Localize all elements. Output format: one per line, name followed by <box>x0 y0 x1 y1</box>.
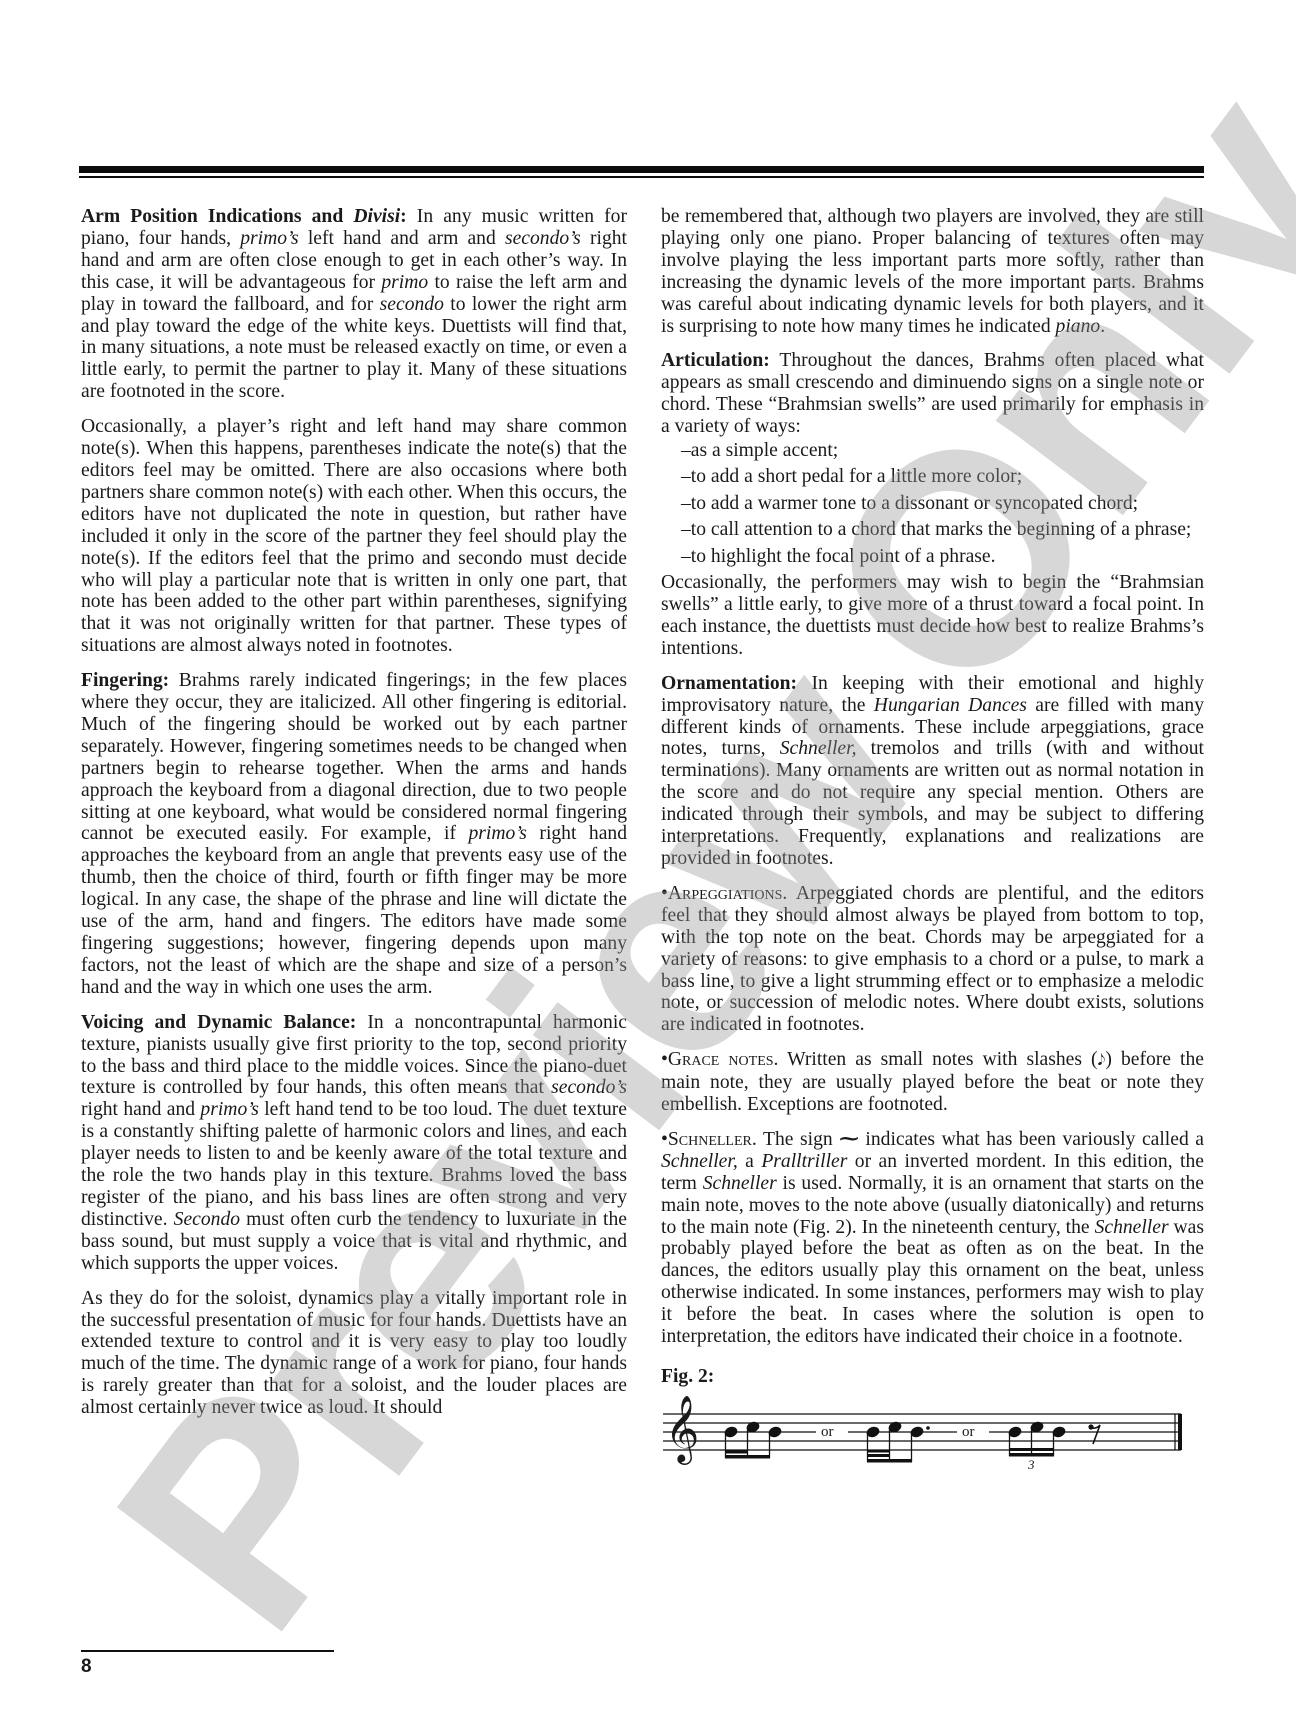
header-rule-thick <box>79 166 1204 173</box>
schneller-paragraph: •Schneller. The sign ⁓ indicates what ha… <box>661 1129 1204 1348</box>
arm-position-heading: Arm Position Indications and Divisi: <box>81 206 407 227</box>
arpeggiations-paragraph: •Arpeggiations. Arpeggiated chords are p… <box>661 883 1204 1036</box>
list-item: –as a simple accent; <box>681 440 1204 462</box>
arm-position-section: Arm Position Indications and Divisi: In … <box>81 206 627 403</box>
articulation-section: Articulation: Throughout the dances, Bra… <box>661 350 1204 438</box>
bullet-icon: • <box>661 1129 668 1150</box>
footer-rule <box>81 1650 334 1652</box>
page-number: 8 <box>81 1656 92 1678</box>
header-rule-thin <box>79 176 1204 178</box>
ornamentation-heading: Ornamentation: <box>661 673 797 694</box>
left-column: Arm Position Indications and Divisi: In … <box>81 206 627 1432</box>
common-notes-paragraph: Occasionally, a player’s right and left … <box>81 416 627 657</box>
figure-or-label: or <box>962 1422 975 1444</box>
figure-or-label: or <box>821 1422 834 1444</box>
voicing-heading: Voicing and Dynamic Balance: <box>81 1012 356 1033</box>
list-item: –to add a short pedal for a little more … <box>681 466 1204 488</box>
bullet-icon: • <box>661 1049 668 1070</box>
music-staff-icon <box>661 1392 1204 1468</box>
voicing-section: Voicing and Dynamic Balance: In a noncon… <box>81 1012 627 1275</box>
arpeggiations-label: Arpeggiations. <box>668 883 787 904</box>
music-staff-figure: 𝄞 or or 3 <box>661 1392 1204 1468</box>
schneller-sign-icon: ⁓ <box>839 1129 859 1150</box>
grace-notes-label: Grace notes. <box>668 1049 779 1070</box>
list-item: –to call attention to a chord that marks… <box>681 519 1204 541</box>
right-column: be remembered that, although two players… <box>661 206 1204 1468</box>
list-item: –to highlight the focal point of a phras… <box>681 546 1204 568</box>
schneller-label: Schneller. <box>668 1129 757 1150</box>
bullet-icon: • <box>661 883 668 904</box>
dynamics-paragraph: As they do for the soloist, dynamics pla… <box>81 1288 627 1419</box>
tuplet-number: 3 <box>1028 1454 1035 1476</box>
fingering-section: Fingering: Brahms rarely indicated finge… <box>81 670 627 999</box>
articulation-after-paragraph: Occasionally, the performers may wish to… <box>661 572 1204 660</box>
treble-clef-icon: 𝄞 <box>665 1390 699 1466</box>
articulation-list: –as a simple accent; –to add a short ped… <box>661 440 1204 568</box>
ornamentation-section: Ornamentation: In keeping with their emo… <box>661 673 1204 870</box>
grace-notes-paragraph: •Grace notes. Written as small notes wit… <box>661 1049 1204 1116</box>
balance-continuation-paragraph: be remembered that, although two players… <box>661 206 1204 337</box>
figure-label: Fig. 2: <box>661 1366 1204 1388</box>
list-item: –to add a warmer tone to a dissonant or … <box>681 493 1204 515</box>
fingering-heading: Fingering: <box>81 670 169 691</box>
articulation-heading: Articulation: <box>661 350 770 371</box>
